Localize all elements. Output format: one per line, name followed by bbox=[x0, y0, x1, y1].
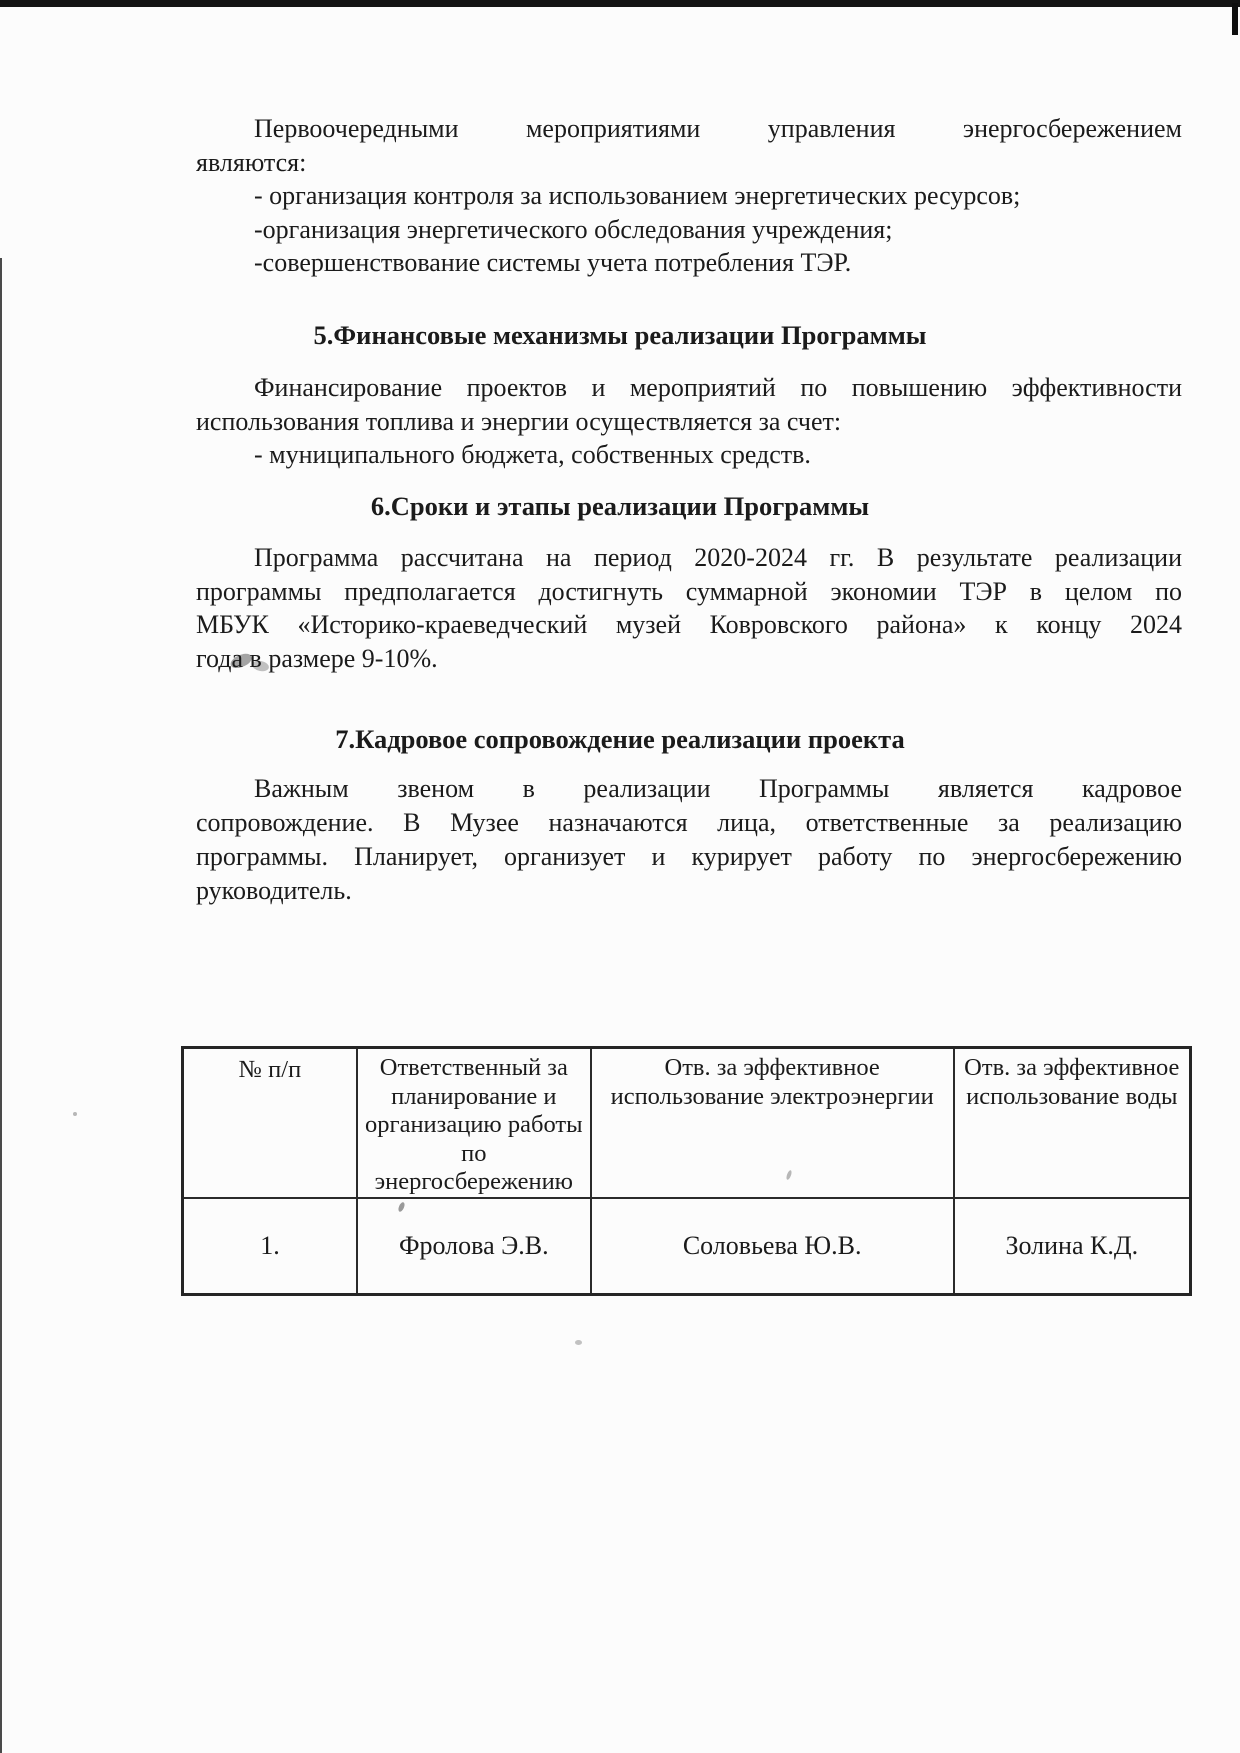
scan-edge-top bbox=[0, 0, 1240, 7]
table-header-cell: Отв. за эффективное использование электр… bbox=[591, 1048, 954, 1198]
text-line: сопровождение. В Музее назначаются лица,… bbox=[196, 806, 1182, 840]
list-item: -совершенствование системы учета потребл… bbox=[196, 246, 1182, 280]
table-header-row: № п/п Ответственный за планирование и ор… bbox=[183, 1048, 1191, 1198]
table-cell-planning-responsible: Фролова Э.В. bbox=[357, 1198, 591, 1295]
scan-speck bbox=[73, 1112, 77, 1116]
text-line: Финансирование проектов и мероприятий по… bbox=[196, 371, 1182, 405]
table-cell-water-responsible: Золина К.Д. bbox=[954, 1198, 1191, 1295]
text-line: руководитель. bbox=[196, 874, 1182, 908]
text-line: МБУК «Историко-краеведческий музей Ковро… bbox=[196, 608, 1182, 642]
document-page: Первоочередными мероприятиями управления… bbox=[0, 0, 1240, 1753]
text-line: программы. Планирует, организует и курир… bbox=[196, 840, 1182, 874]
text-line: использования топлива и энергии осуществ… bbox=[196, 405, 1182, 439]
responsibility-table: № п/п Ответственный за планирование и ор… bbox=[181, 1046, 1192, 1296]
intro-list: - организация контроля за использованием… bbox=[196, 179, 1182, 280]
header-text: № п/п bbox=[237, 1054, 303, 1085]
list-item: - организация контроля за использованием… bbox=[196, 179, 1182, 213]
scan-edge-corner-mark bbox=[1232, 3, 1238, 35]
terms-paragraph: Программа рассчитана на период 2020-2024… bbox=[196, 541, 1182, 675]
finance-paragraph: Финансирование проектов и мероприятий по… bbox=[196, 371, 1182, 438]
table-cell-electricity-responsible: Соловьева Ю.В. bbox=[591, 1198, 954, 1295]
list-item: -организация энергетического обследовани… bbox=[196, 213, 1182, 247]
section-heading-7: 7.Кадровое сопровождение реализации прое… bbox=[0, 722, 1240, 756]
text-line: Первоочередными мероприятиями управления… bbox=[196, 112, 1182, 146]
scan-speck bbox=[575, 1340, 582, 1345]
text-line: являются: bbox=[196, 146, 1182, 180]
text-line: Важным звеном в реализации Программы явл… bbox=[196, 772, 1182, 806]
text-line: года в размере 9-10%. bbox=[196, 642, 1182, 676]
table-cell-number: 1. bbox=[183, 1198, 357, 1295]
table-header-cell: Ответственный за планирование и организа… bbox=[357, 1048, 591, 1198]
section-heading-5: 5.Финансовые механизмы реализации Програ… bbox=[0, 318, 1240, 352]
table-data-row: 1. Фролова Э.В. Соловьева Ю.В. Золина К.… bbox=[183, 1198, 1191, 1295]
table-header-cell: Отв. за эффективное использование воды bbox=[954, 1048, 1191, 1198]
staff-paragraph: Важным звеном в реализации Программы явл… bbox=[196, 772, 1182, 908]
section-heading-6: 6.Сроки и этапы реализации Программы bbox=[0, 489, 1240, 523]
text-line: программы предполагается достигнуть сумм… bbox=[196, 575, 1182, 609]
intro-paragraph: Первоочередными мероприятиями управления… bbox=[196, 112, 1182, 179]
table-header-cell: № п/п bbox=[183, 1048, 357, 1198]
text-line: Программа рассчитана на период 2020-2024… bbox=[196, 541, 1182, 575]
finance-list: - муниципального бюджета, собственных ср… bbox=[196, 438, 1182, 472]
list-item: - муниципального бюджета, собственных ср… bbox=[196, 438, 1182, 472]
scan-edge-left-line bbox=[0, 258, 2, 1753]
